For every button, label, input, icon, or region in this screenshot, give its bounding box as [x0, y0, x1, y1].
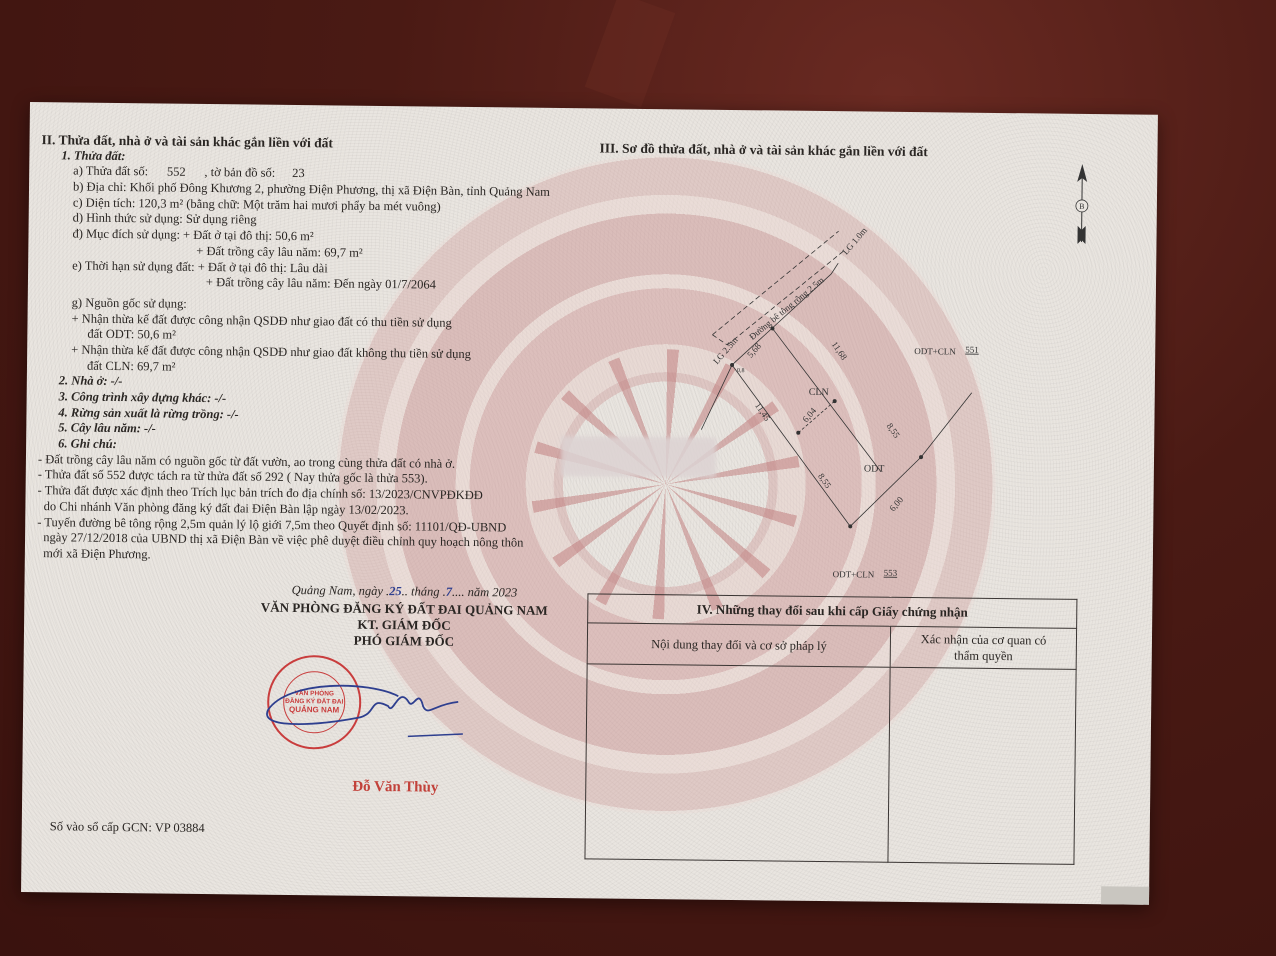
parcel-no-label: a) Thửa đất số:	[73, 164, 148, 179]
issue-date: Quảng Nam, ngày .25.. tháng .7.... năm 2…	[224, 582, 584, 601]
signature-block: Quảng Nam, ngày .25.. tháng .7.... năm 2…	[224, 582, 585, 651]
svg-text:ODT+CLN: ODT+CLN	[914, 346, 956, 356]
parcel-sketch: Đường bê tông rộng 2.5m LG 1.0m LG 2.5m …	[584, 168, 1049, 603]
parcel-no: 552	[151, 165, 201, 181]
col-confirmation-header: Xác nhận của cơ quan có thẩm quyền	[890, 626, 1076, 669]
svg-text:LG 1.0m: LG 1.0m	[840, 225, 869, 256]
issue-month: 7	[446, 585, 452, 599]
svg-text:5,68: 5,68	[745, 341, 763, 360]
col-changes-header: Nội dung thay đổi và cơ sở pháp lý	[587, 623, 891, 667]
svg-text:551: 551	[965, 345, 979, 355]
section-2-parcel-info: II. Thửa đất, nhà ở và tài sản khác gắn …	[37, 132, 602, 568]
north-arrow-icon: B	[1071, 164, 1092, 254]
svg-text:ODT+CLN: ODT+CLN	[833, 569, 875, 579]
svg-text:Đường bê tông rộng 2.5m: Đường bê tông rộng 2.5m	[747, 275, 826, 342]
svg-text:11,45: 11,45	[753, 401, 773, 423]
issue-day: 25	[389, 584, 402, 598]
signer-name: Đỗ Văn Thùy	[352, 779, 438, 797]
redacted-corner	[1101, 886, 1156, 905]
svg-text:553: 553	[884, 568, 898, 578]
handwritten-signature	[248, 675, 469, 747]
svg-text:ODT: ODT	[864, 463, 885, 474]
svg-text:11,68: 11,68	[830, 340, 850, 362]
changes-content-cell	[585, 664, 890, 862]
svg-text:6,04: 6,04	[800, 405, 818, 424]
land-certificate-page: II. Thửa đất, nhà ở và tài sản khác gắn …	[21, 102, 1158, 905]
svg-text:8,55: 8,55	[816, 471, 833, 490]
svg-text:B: B	[1079, 202, 1084, 211]
svg-text:0,8: 0,8	[737, 368, 745, 374]
wood-background	[585, 0, 676, 107]
registry-number: Số vào sổ cấp GCN: VP 03884	[50, 819, 205, 836]
map-sheet-label: , tờ bản đồ số:	[204, 165, 275, 180]
confirmation-cell	[888, 667, 1076, 864]
svg-text:CLN: CLN	[809, 387, 829, 398]
map-sheet-no: 23	[278, 166, 318, 181]
changes-table: IV. Những thay đổi sau khi cấp Giấy chứn…	[584, 593, 1077, 865]
svg-text:8,55: 8,55	[885, 421, 902, 440]
svg-text:6,00: 6,00	[887, 494, 905, 513]
